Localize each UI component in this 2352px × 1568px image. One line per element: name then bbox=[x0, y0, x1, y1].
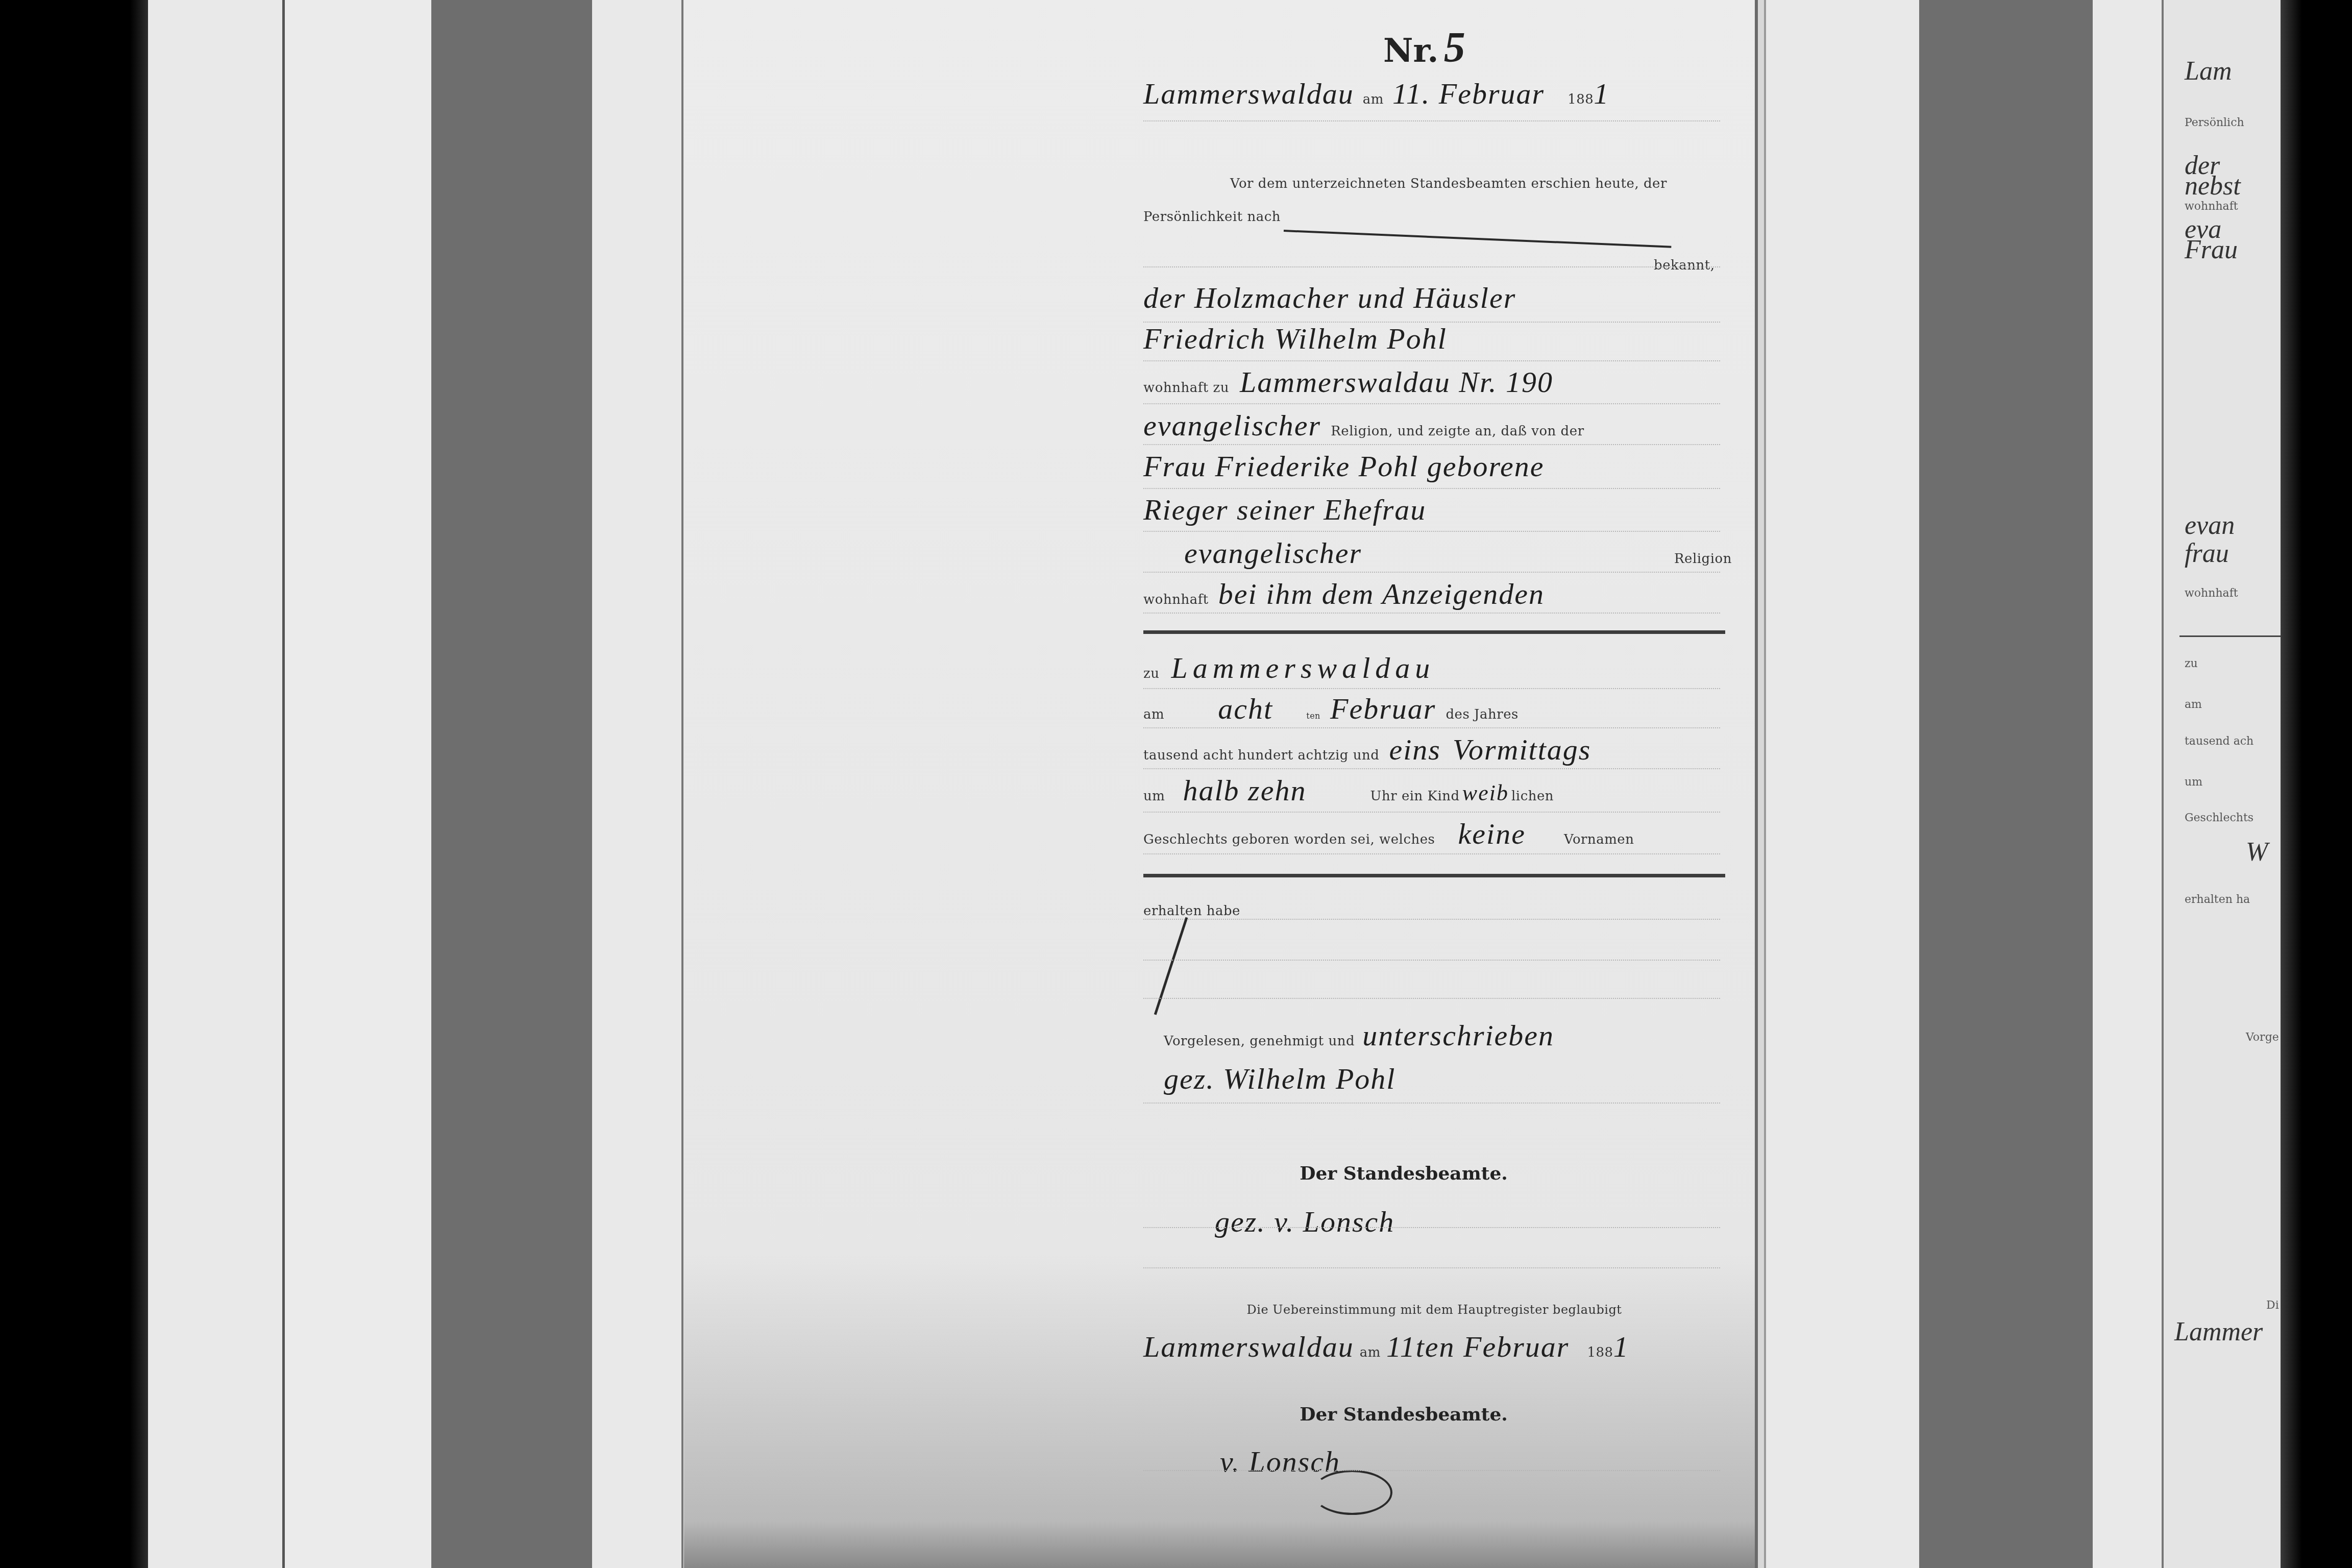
dotted-rule bbox=[1143, 1102, 1720, 1104]
gender-printed: Geschlechts geboren worden sei, welches bbox=[1143, 832, 1435, 847]
child-printed: Uhr ein Kind bbox=[1370, 789, 1460, 804]
birth-place-label: zu bbox=[1143, 666, 1159, 681]
dotted-rule bbox=[1143, 919, 1720, 920]
fragment: Geschlechts bbox=[2185, 812, 2253, 824]
header-am: am bbox=[1363, 92, 1384, 107]
dotted-rule bbox=[1143, 960, 1720, 961]
record-number-label: Nr. bbox=[1383, 32, 1439, 70]
birth-record-form: Nr.5 Lammerswaldau am 11. Februar 1881 V… bbox=[1143, 0, 1725, 1568]
page-border bbox=[1755, 0, 1766, 1568]
given-names-value: keine bbox=[1458, 817, 1526, 850]
cert-date: 11ten Februar bbox=[1386, 1330, 1569, 1363]
mother-religion-label: Religion bbox=[1674, 551, 1732, 567]
dotted-rule bbox=[1143, 1267, 1720, 1268]
film-strip-left-2 bbox=[285, 0, 431, 1568]
cert-registrar-signature: v. Lonsch bbox=[1220, 1444, 1802, 1479]
birth-month-value: Februar bbox=[1330, 692, 1436, 725]
left-vignette bbox=[0, 0, 153, 1568]
birth-place-value: Lammerswaldau bbox=[1171, 651, 1435, 684]
dotted-rule bbox=[1143, 998, 1720, 999]
dotted-rule bbox=[1143, 531, 1720, 532]
fragment: um bbox=[2185, 776, 2202, 789]
dotted-rule bbox=[1143, 488, 1720, 489]
film-strip-left-3 bbox=[592, 0, 684, 1568]
mother-name: Frau Friederike Pohl geborene bbox=[1143, 449, 1725, 483]
page-edge-right bbox=[2162, 0, 2164, 1568]
year-words-printed: tausend acht hundert achtzig und bbox=[1143, 748, 1379, 763]
cert-place-date: Lammerswaldau am 11ten Februar 1881 bbox=[1143, 1330, 1725, 1364]
intro-text: Vor dem unterzeichneten Standesbeamten e… bbox=[1230, 176, 1812, 191]
certification-text: Die Uebereinstimmung mit dem Hauptregist… bbox=[1143, 1303, 1725, 1317]
film-strip-right-2 bbox=[2093, 0, 2164, 1568]
informant-name: Friedrich Wilhelm Pohl bbox=[1143, 322, 1725, 356]
mother-residence-line: wohnhaft bei ihm dem Anzeigenden bbox=[1143, 577, 1725, 611]
mother-maiden: Rieger seiner Ehefrau bbox=[1143, 493, 1725, 527]
dotted-rule bbox=[1143, 853, 1720, 854]
residence-label: wohnhaft zu bbox=[1143, 380, 1229, 396]
dotted-rule bbox=[1143, 1227, 1720, 1228]
mother-residence-label: wohnhaft bbox=[1143, 592, 1209, 607]
header-year-suffix: 1 bbox=[1594, 77, 1609, 110]
dotted-rule bbox=[1143, 812, 1720, 813]
year-words-line: tausend acht hundert achtzig und eins Vo… bbox=[1143, 732, 1725, 767]
religion-line: evangelischer Religion, und zeigte an, d… bbox=[1143, 408, 1725, 443]
read-label: Vorgelesen, genehmigt und bbox=[1164, 1034, 1355, 1049]
informant-signature: gez. Wilhelm Pohl bbox=[1164, 1062, 1746, 1096]
cert-registrar-title: Der Standesbeamte. bbox=[1113, 1404, 1695, 1425]
birth-year-label: des Jahres bbox=[1445, 707, 1518, 722]
header-date: 11. Februar bbox=[1392, 77, 1545, 110]
child-sex-value: weib bbox=[1462, 780, 1509, 805]
dash-stroke bbox=[1284, 230, 1672, 248]
birth-day-value: acht bbox=[1218, 692, 1273, 725]
heavy-rule bbox=[2179, 635, 2282, 637]
cert-place: Lammerswaldau bbox=[1143, 1330, 1354, 1363]
fragment: frau bbox=[2185, 538, 2229, 569]
film-strip-right-1 bbox=[1766, 0, 1919, 1568]
registrar-signature: gez. v. Lonsch bbox=[1215, 1205, 1797, 1239]
given-names-line: Geschlechts geboren worden sei, welches … bbox=[1143, 817, 1725, 851]
dotted-rule bbox=[1143, 403, 1720, 404]
dark-band-right bbox=[1919, 0, 2093, 1568]
residence-value: Lammerswaldau Nr. 190 bbox=[1240, 365, 1553, 399]
mother-residence-value: bei ihm dem Anzeigenden bbox=[1218, 577, 1545, 610]
dark-band-left bbox=[431, 0, 592, 1568]
fragment: wohnhaft bbox=[2185, 200, 2238, 213]
received-label: erhalten habe bbox=[1143, 903, 1725, 919]
child-sex-suffix: lichen bbox=[1511, 789, 1554, 804]
signature-flourish bbox=[1312, 1470, 1392, 1515]
birth-place-line: zu Lammerswaldau bbox=[1143, 651, 1725, 685]
residence-line: wohnhaft zu Lammerswaldau Nr. 190 bbox=[1143, 365, 1725, 399]
religion-value: evangelischer bbox=[1143, 409, 1321, 442]
informant-occupation: der Holzmacher und Häusler bbox=[1143, 281, 1725, 315]
identity-suffix-line: bekannt, bbox=[1654, 258, 1725, 273]
fragment: W bbox=[2246, 837, 2268, 867]
religion-printed: Religion, und zeigte an, daß von der bbox=[1331, 424, 1584, 439]
adjacent-page-right: Lam Persönlich der nebst wohnhaft eva Fr… bbox=[2164, 0, 2287, 1568]
header-place: Lammerswaldau bbox=[1143, 77, 1354, 110]
dotted-rule bbox=[1143, 768, 1720, 769]
dotted-rule bbox=[1143, 266, 1720, 267]
identity-label: Persönlichkeit nach bbox=[1143, 209, 1281, 225]
fragment: Di bbox=[2266, 1299, 2279, 1312]
record-number-value: 5 bbox=[1444, 24, 1465, 71]
fragment: am bbox=[2185, 698, 2202, 711]
mother-religion-value: evangelischer bbox=[1184, 536, 1362, 570]
birth-day-label: am bbox=[1143, 707, 1164, 722]
identity-suffix: bekannt, bbox=[1654, 258, 1715, 273]
birth-date-line: am acht ten Februar des Jahres bbox=[1143, 692, 1725, 726]
fragment: nebst bbox=[2185, 171, 2241, 201]
time-label: um bbox=[1143, 789, 1165, 804]
time-value: halb zehn bbox=[1183, 774, 1307, 807]
fragment: Lammer bbox=[2174, 1317, 2263, 1347]
given-names-label: Vornamen bbox=[1564, 832, 1634, 847]
cert-year-prefix: 188 bbox=[1587, 1345, 1613, 1360]
dotted-rule bbox=[1143, 360, 1720, 361]
register-page: Nr.5 Lammerswaldau am 11. Februar 1881 V… bbox=[684, 0, 1766, 1568]
fragment: evan bbox=[2185, 510, 2235, 541]
mother-religion-line: evangelischer Religion bbox=[1143, 536, 1725, 570]
dotted-rule bbox=[1143, 120, 1720, 121]
birth-day-ten: ten bbox=[1306, 711, 1320, 721]
time-of-day-value: Vormittags bbox=[1453, 733, 1591, 766]
registrar-title: Der Standesbeamte. bbox=[1113, 1163, 1695, 1184]
dotted-rule bbox=[1143, 572, 1720, 573]
dotted-rule bbox=[1143, 688, 1720, 689]
cancel-stroke bbox=[1154, 917, 1188, 1015]
cert-am: am bbox=[1360, 1345, 1381, 1360]
section-rule bbox=[1143, 874, 1725, 877]
dotted-rule bbox=[1143, 444, 1720, 445]
dotted-rule bbox=[1143, 727, 1720, 728]
right-vignette bbox=[2281, 0, 2352, 1568]
fragment: Persönlich bbox=[2185, 116, 2244, 129]
read-value: unterschrieben bbox=[1362, 1019, 1554, 1052]
fragment: tausend ach bbox=[2185, 735, 2253, 748]
page-edge-left bbox=[681, 0, 683, 1568]
dotted-rule bbox=[1143, 612, 1720, 614]
fragment: Frau bbox=[2185, 235, 2238, 265]
year-words-value: eins bbox=[1389, 733, 1440, 766]
fragment: Vorge bbox=[2246, 1031, 2279, 1044]
section-rule bbox=[1143, 630, 1725, 634]
time-line: um halb zehn Uhr ein Kind weib lichen bbox=[1143, 773, 1725, 807]
cert-year-suffix: 1 bbox=[1613, 1330, 1629, 1363]
fragment: erhalten ha bbox=[2185, 893, 2250, 906]
fragment: Lam bbox=[2185, 56, 2232, 86]
read-approved-line: Vorgelesen, genehmigt und unterschrieben bbox=[1164, 1018, 1746, 1052]
film-strip-left-1 bbox=[148, 0, 283, 1568]
fragment: zu bbox=[2185, 657, 2198, 670]
identity-line: Persönlichkeit nach bbox=[1143, 209, 1725, 225]
header-year-prefix: 188 bbox=[1567, 92, 1594, 107]
dotted-rule bbox=[1143, 1470, 1720, 1471]
record-number: Nr.5 bbox=[1383, 23, 1465, 72]
fragment: wohnhaft bbox=[2185, 587, 2238, 600]
header-place-date: Lammerswaldau am 11. Februar 1881 bbox=[1143, 77, 1725, 111]
